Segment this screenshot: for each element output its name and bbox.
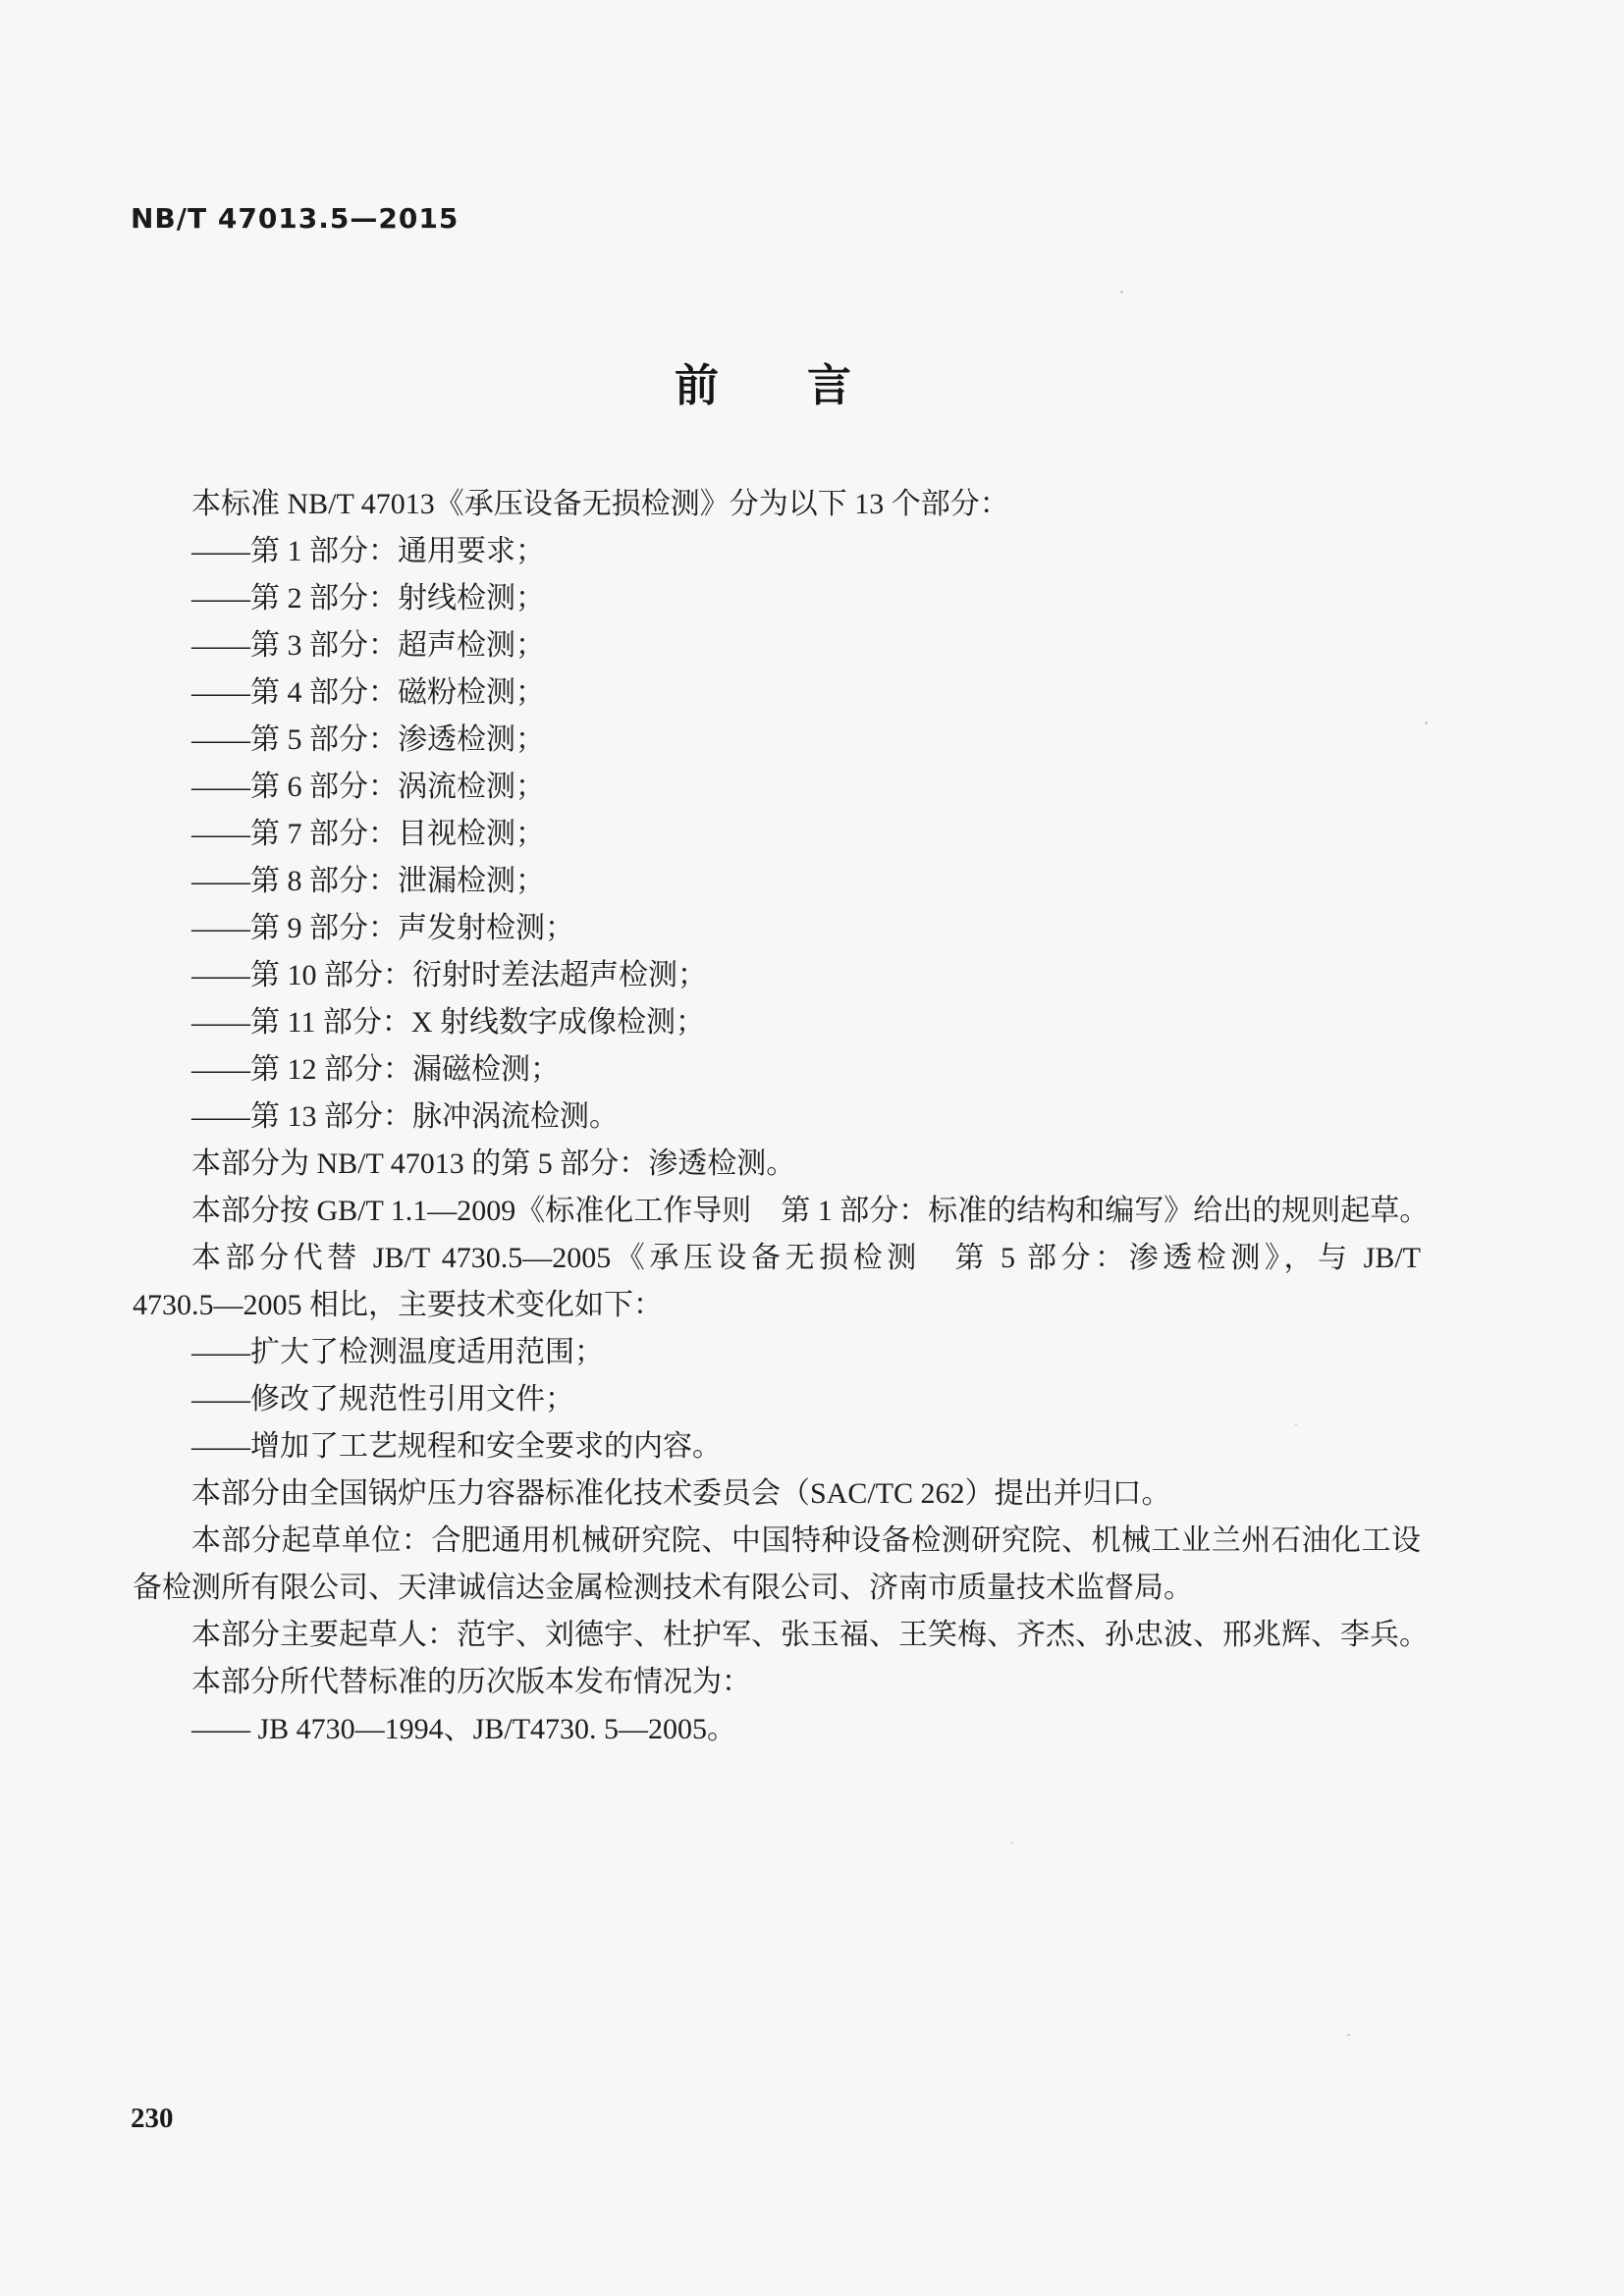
scan-speck: [1011, 1842, 1013, 1843]
foreword-line: 本部分按 GB/T 1.1—2009《标准化工作导则 第 1 部分：标准的结构和…: [133, 1188, 1421, 1235]
foreword-line: 4730.5—2005 相比，主要技术变化如下：: [133, 1282, 1421, 1329]
foreword-line: 本部分由全国锅炉压力容器标准化技术委员会（SAC/TC 262）提出并归口。: [133, 1470, 1421, 1518]
foreword-line: ——扩大了检测温度适用范围；: [133, 1329, 1421, 1376]
foreword-line: 本部分代替 JB/T 4730.5—2005《承压设备无损检测 第 5 部分：渗…: [133, 1235, 1421, 1282]
foreword-line: ——第 11 部分：X 射线数字成像检测；: [133, 999, 1421, 1046]
foreword-body: 本标准 NB/T 47013《承压设备无损检测》分为以下 13 个部分：——第 …: [133, 481, 1421, 1753]
foreword-line: ——第 4 部分：磁粉检测；: [133, 669, 1421, 717]
document-page: NB/T 47013.5—2015 前 言 本标准 NB/T 47013《承压设…: [0, 0, 1624, 2296]
scan-speck: [1120, 291, 1123, 294]
foreword-line: 本部分为 NB/T 47013 的第 5 部分：渗透检测。: [133, 1141, 1421, 1188]
foreword-line: ——第 12 部分：漏磁检测；: [133, 1046, 1421, 1094]
foreword-line: ——修改了规范性引用文件；: [133, 1376, 1421, 1423]
page-number: 230: [131, 2103, 174, 2135]
foreword-line: ——第 2 部分：射线检测；: [133, 575, 1421, 622]
foreword-line: ——第 3 部分：超声检测；: [133, 622, 1421, 669]
foreword-line: 备检测所有限公司、天津诚信达金属检测技术有限公司、济南市质量技术监督局。: [133, 1565, 1421, 1612]
scan-speck: [1295, 1423, 1297, 1425]
foreword-line: 本标准 NB/T 47013《承压设备无损检测》分为以下 13 个部分：: [133, 481, 1421, 528]
foreword-line: ——第 8 部分：泄漏检测；: [133, 858, 1421, 905]
foreword-line: —— JB 4730—1994、JB/T4730. 5—2005。: [133, 1706, 1421, 1753]
foreword-line: 本部分起草单位：合肥通用机械研究院、中国特种设备检测研究院、机械工业兰州石油化工…: [133, 1518, 1421, 1565]
scan-speck: [1347, 2034, 1350, 2036]
foreword-line: ——第 13 部分：脉冲涡流检测。: [133, 1094, 1421, 1141]
foreword-line: 本部分所代替标准的历次版本发布情况为：: [133, 1659, 1421, 1706]
scan-speck: [1425, 721, 1428, 724]
foreword-line: ——第 5 部分：渗透检测；: [133, 717, 1421, 764]
foreword-line: ——第 1 部分：通用要求；: [133, 528, 1421, 575]
foreword-line: ——第 9 部分：声发射检测；: [133, 905, 1421, 952]
page-title: 前 言: [0, 349, 1526, 413]
foreword-line: ——第 10 部分：衍射时差法超声检测；: [133, 952, 1421, 999]
foreword-line: ——第 6 部分：涡流检测；: [133, 764, 1421, 811]
foreword-line: 本部分主要起草人：范宇、刘德宇、杜护军、张玉福、王笑梅、齐杰、孙忠波、邢兆辉、李…: [133, 1612, 1421, 1659]
standard-number-header: NB/T 47013.5—2015: [131, 202, 459, 235]
foreword-line: ——第 7 部分：目视检测；: [133, 811, 1421, 858]
foreword-line: ——增加了工艺规程和安全要求的内容。: [133, 1423, 1421, 1470]
